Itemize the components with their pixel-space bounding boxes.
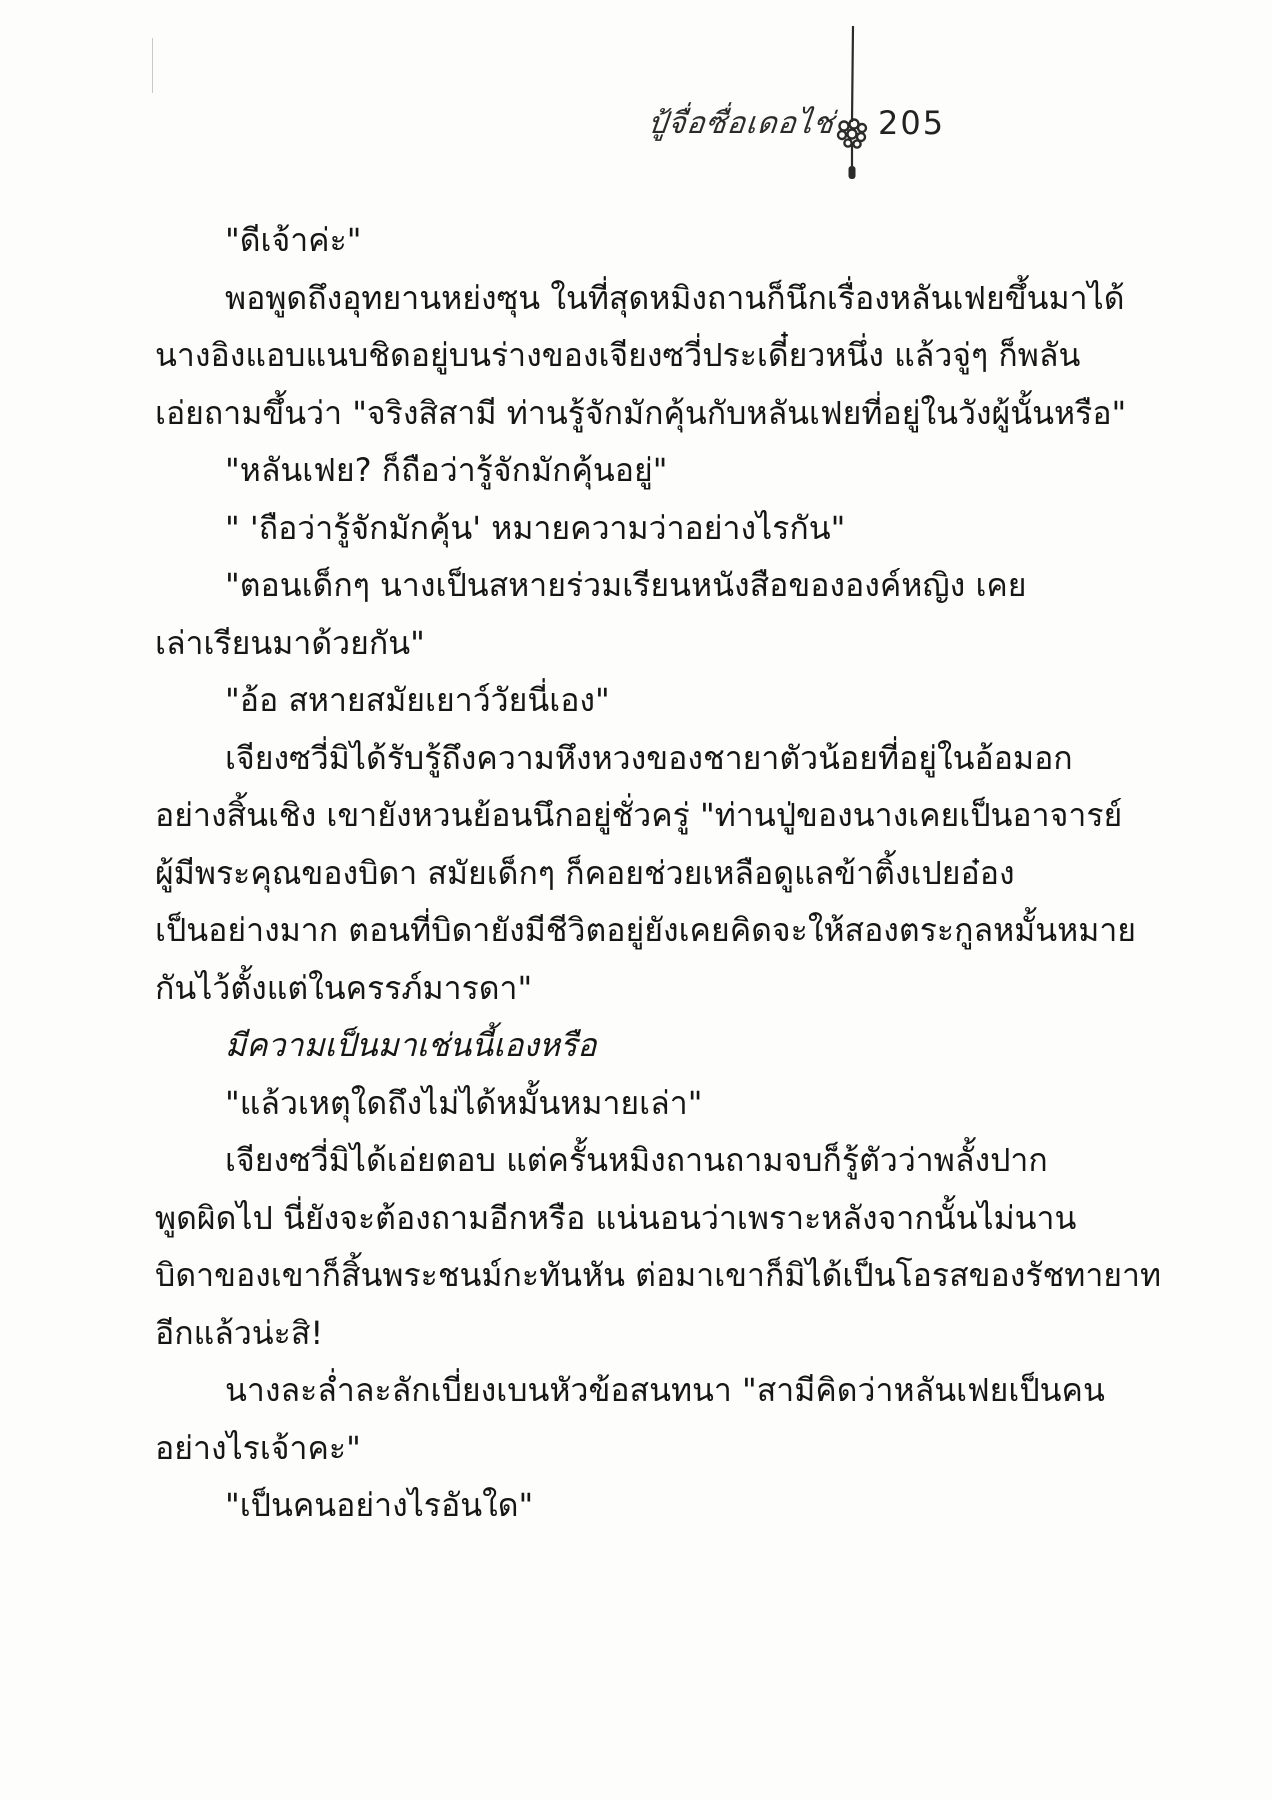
text-line: นางละล่ำละลักเบี่ยงเบนหัวข้อสนทนา "สามีค… [155,1362,1015,1420]
body-text-block: "ดีเจ้าค่ะ"พอพูดถึงอุทยานหย่งซุน ในที่สุ… [155,212,1015,1535]
text-line: "ตอนเด็กๆ นางเป็นสหายร่วมเรียนหนังสือของ… [155,557,1015,615]
text-line: อย่างไรเจ้าคะ" [155,1420,1015,1478]
text-line: นางอิงแอบแนบชิดอยู่บนร่างของเจียงซวี่ประ… [155,327,1015,385]
text-line: "เป็นคนอย่างไรอันใด" [155,1477,1015,1535]
text-line: อีกแล้วน่ะสิ! [155,1305,1015,1363]
text-line: อย่างสิ้นเชิง เขายังหวนย้อนนึกอยู่ชั่วคร… [155,787,1015,845]
text-line: " 'ถือว่ารู้จักมักคุ้น' หมายความว่าอย่าง… [155,500,1015,558]
scan-artifact-line [152,38,153,93]
running-header-book-title: ปู้จื่อซื่อเดอไช่ [645,100,836,147]
book-page: ปู้จื่อซื่อเดอไช่ 205 "ดีเจ้าค่ะ"พอพูดถึ… [0,0,1272,1800]
text-line: ผู้มีพระคุณของบิดา สมัยเด็กๆ ก็คอยช่วยเห… [155,845,1015,903]
page-number: 205 [878,104,945,142]
text-line: เจียงซวี่มิได้เอ่ยตอบ แต่ครั้นหมิงถานถาม… [155,1132,1015,1190]
text-line: เล่าเรียนมาด้วยกัน" [155,615,1015,673]
text-line: มีความเป็นมาเช่นนี้เองหรือ [155,1017,1015,1075]
text-line: เจียงซวี่มิได้รับรู้ถึงความหึงหวงของชายา… [155,730,1015,788]
text-line: เอ่ยถามขึ้นว่า "จริงสิสามี ท่านรู้จักมัก… [155,385,1015,443]
text-line: พอพูดถึงอุทยานหย่งซุน ในที่สุดหมิงถานก็น… [155,270,1015,328]
text-line: "อ้อ สหายสมัยเยาว์วัยนี่เอง" [155,672,1015,730]
text-line: พูดผิดไป นี่ยังจะต้องถามอีกหรือ แน่นอนว่… [155,1190,1015,1248]
text-line: "ดีเจ้าค่ะ" [155,212,1015,270]
text-line: เป็นอย่างมาก ตอนที่บิดายังมีชีวิตอยู่ยัง… [155,902,1015,960]
tassel-knot-icon [830,26,874,182]
text-line: "แล้วเหตุใดถึงไม่ได้หมั้นหมายเล่า" [155,1075,1015,1133]
text-line: "หลันเฟย? ก็ถือว่ารู้จักมักคุ้นอยู่" [155,442,1015,500]
text-line: บิดาของเขาก็สิ้นพระชนม์กะทันหัน ต่อมาเขา… [155,1247,1015,1305]
text-line: กันไว้ตั้งแต่ในครรภ์มารดา" [155,960,1015,1018]
